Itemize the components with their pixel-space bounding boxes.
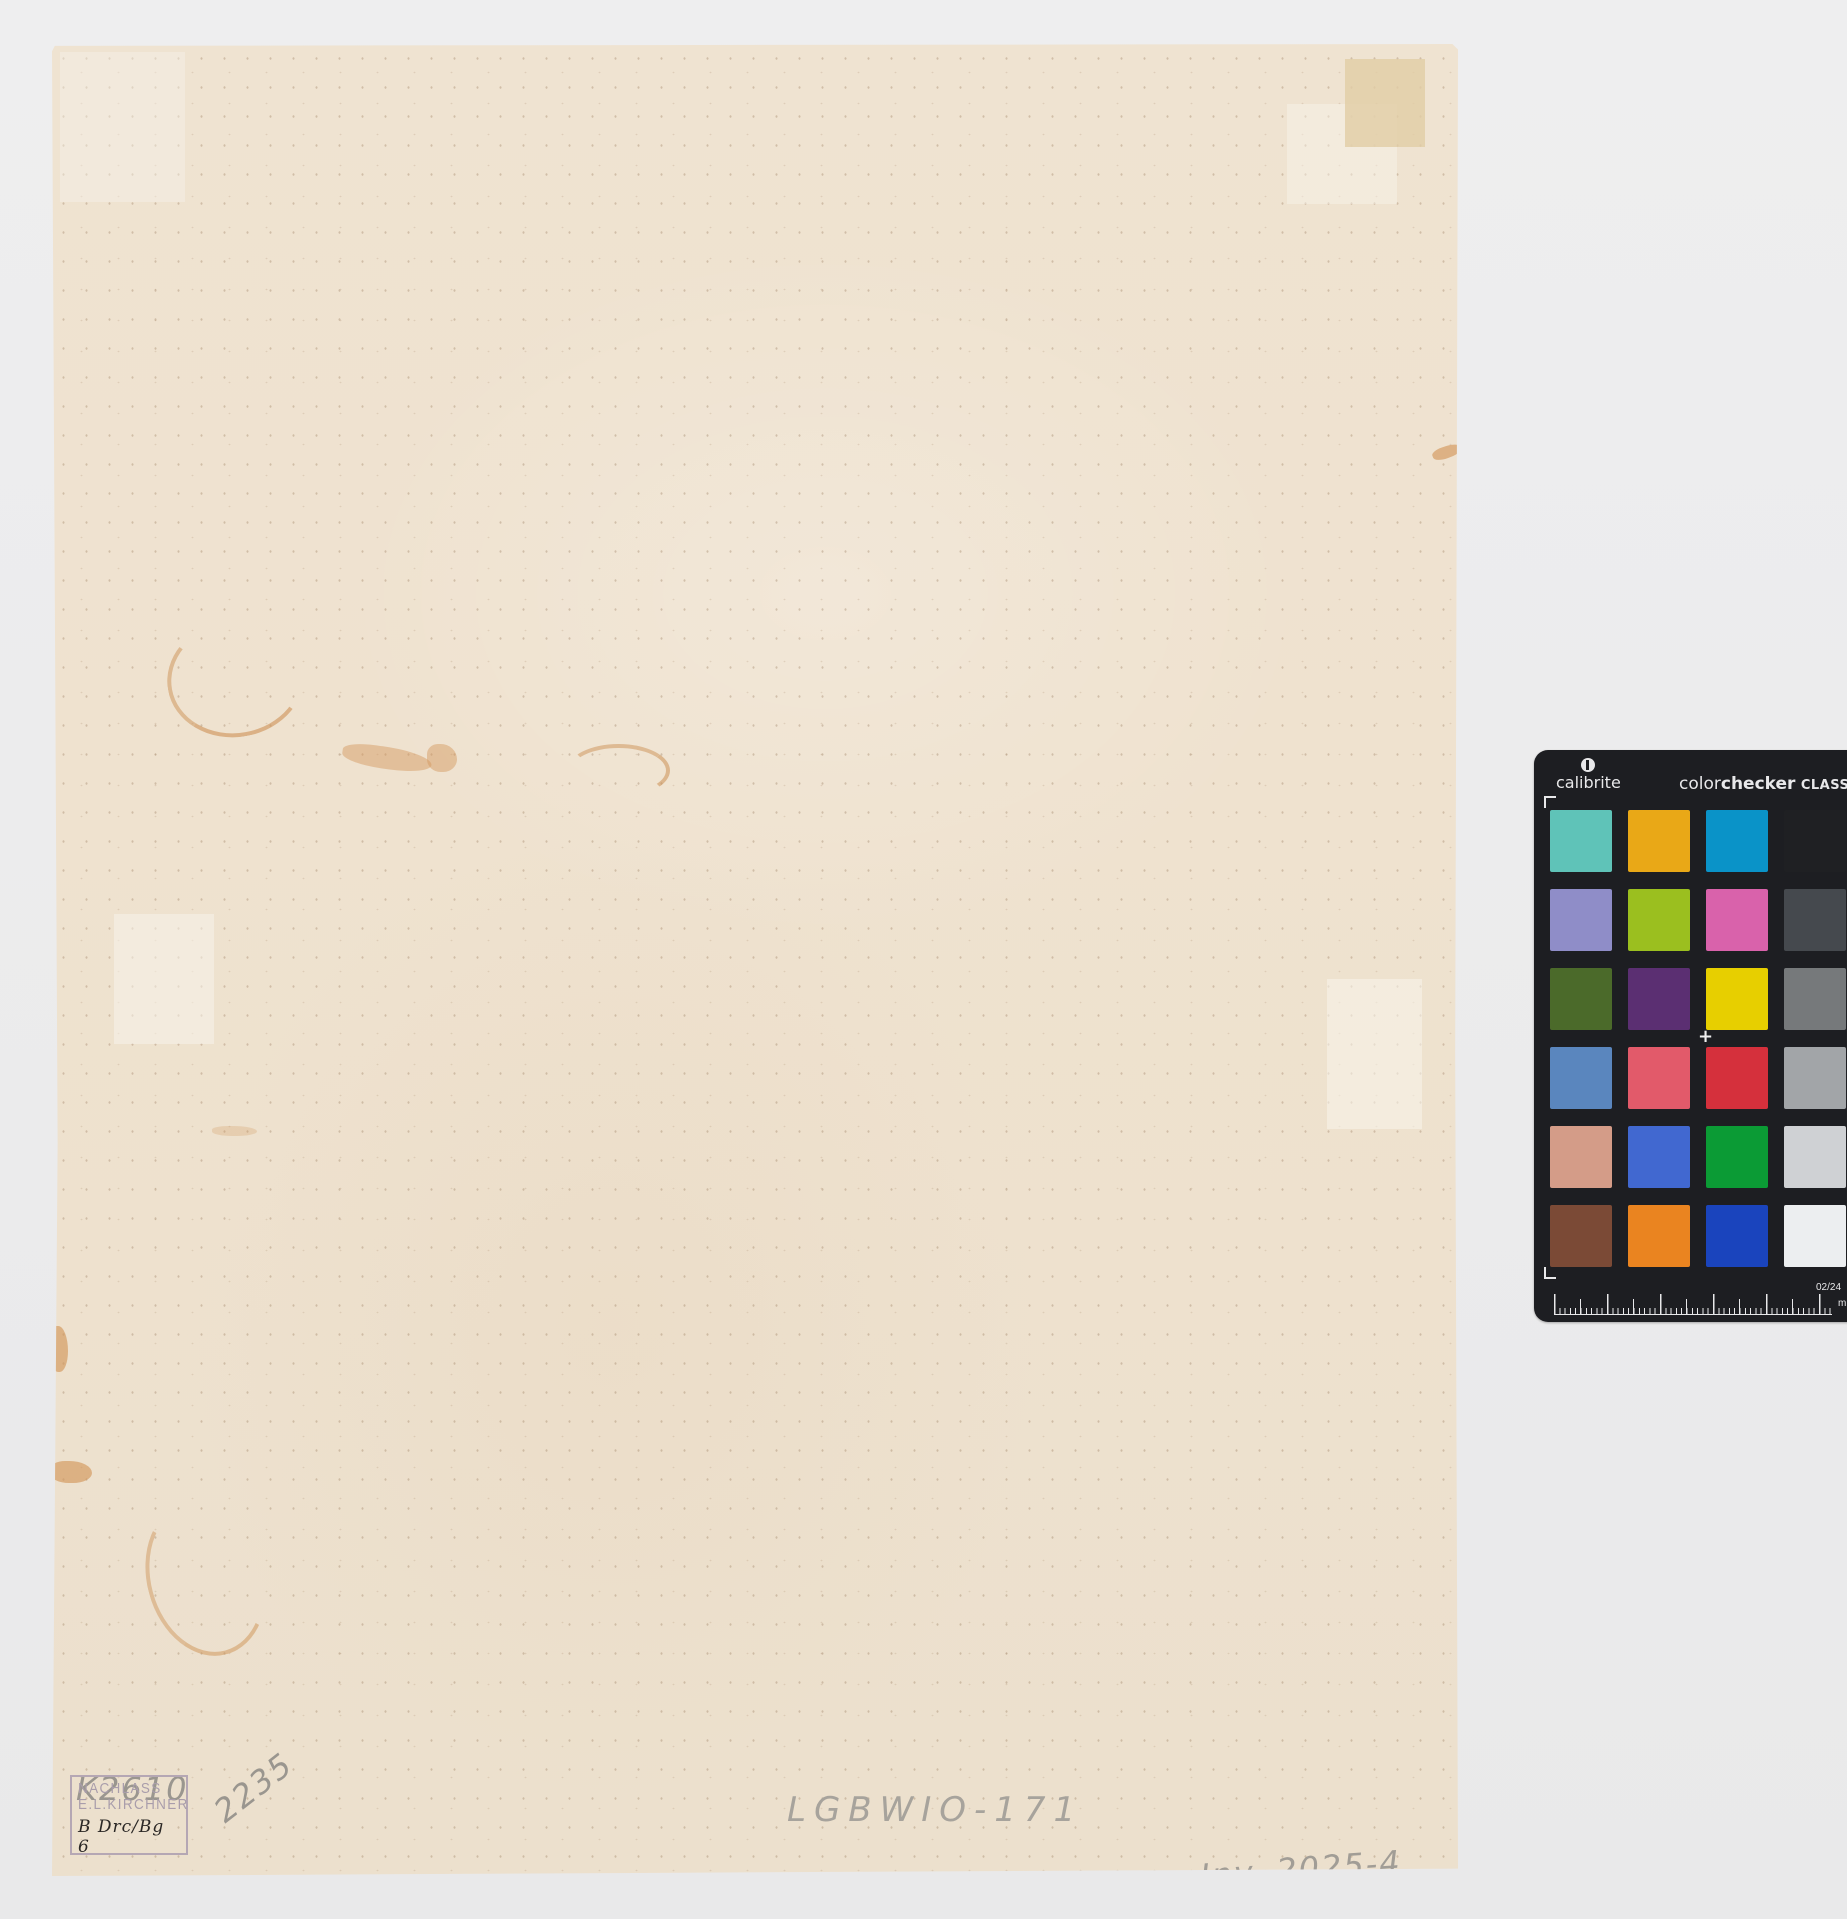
color-swatch (1706, 968, 1768, 1030)
edge-stain (50, 1461, 92, 1483)
color-swatch (1550, 968, 1612, 1030)
color-swatch (1784, 810, 1846, 872)
stamp-handwritten-code: B Drc/Bg 6 (78, 1817, 182, 1857)
water-stain-ring (567, 744, 670, 797)
tape-patch-top-right (1345, 59, 1425, 147)
color-swatch (1628, 1126, 1690, 1188)
color-swatch (1550, 1205, 1612, 1267)
date-code: 02/24 (1816, 1282, 1841, 1293)
tape-remnant-top-left (60, 52, 185, 202)
calibrite-logo: calibrite (1556, 758, 1621, 792)
color-swatch (1628, 889, 1690, 951)
crosshair-icon: + (1698, 1028, 1713, 1046)
color-swatch (1628, 1205, 1690, 1267)
corner-mark-bottom-left (1544, 1267, 1556, 1279)
color-swatch (1550, 889, 1612, 951)
color-swatch (1628, 810, 1690, 872)
water-stain (212, 1126, 257, 1136)
card-title: colorchecker CLASSIC (1679, 774, 1847, 794)
ruler-unit: mm (1838, 1298, 1847, 1309)
color-swatch (1550, 810, 1612, 872)
color-swatch (1628, 968, 1690, 1030)
color-checker-card: calibrite colorchecker CLASSIC + 02/24 m… (1534, 750, 1847, 1322)
tape-remnant-mid-right (1327, 979, 1422, 1129)
stamp-text-kirchner: E.L.KIRCHNER (78, 1797, 172, 1813)
color-swatch (1706, 889, 1768, 951)
color-swatch (1784, 889, 1846, 951)
color-swatch (1784, 1126, 1846, 1188)
color-swatch (1550, 1047, 1612, 1109)
stamp-text-nachlass: NACHLASS (78, 1781, 172, 1797)
color-swatch (1706, 1047, 1768, 1109)
paper-sheet: K2610 2235 LGBWIO-171 Inv. 2025-4 NACHLA… (52, 44, 1458, 1876)
color-swatch (1784, 1047, 1846, 1109)
corner-mark-top-left (1544, 796, 1556, 808)
calibrite-logo-icon (1581, 758, 1595, 772)
color-swatch (1706, 1205, 1768, 1267)
brand-name: calibrite (1556, 773, 1621, 792)
color-swatch (1706, 810, 1768, 872)
ruler-mid-ticks (1580, 1299, 1840, 1314)
color-swatch (1628, 1047, 1690, 1109)
color-swatch (1784, 968, 1846, 1030)
color-swatch (1706, 1126, 1768, 1188)
catalog-number-center: LGBWIO-171 (787, 1790, 1083, 1830)
color-swatch (1550, 1126, 1612, 1188)
estate-stamp: NACHLASS E.L.KIRCHNER B Drc/Bg 6 (70, 1775, 188, 1855)
water-stain (427, 744, 457, 772)
color-swatch (1784, 1205, 1846, 1267)
tape-remnant-mid-left (114, 914, 214, 1044)
